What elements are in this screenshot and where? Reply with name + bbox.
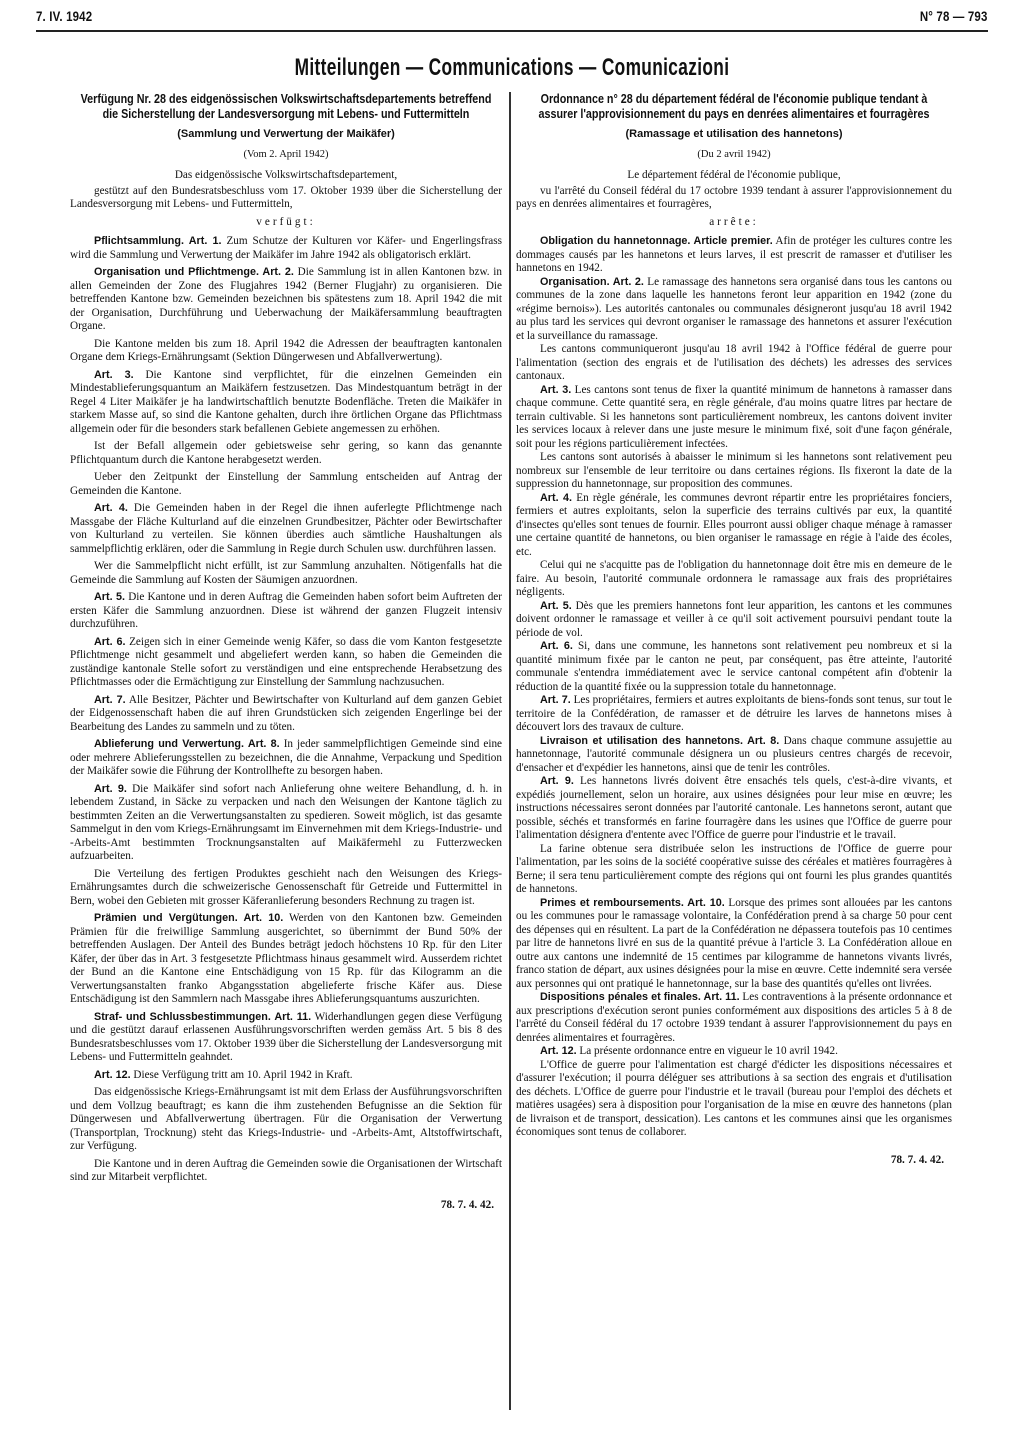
article-paragraph: Ueber den Zeitpunkt der Einstellung der … [70,471,502,498]
issue-page-number: N° 78 — 793 [920,8,988,24]
page-header: 7. IV. 1942 N° 78 — 793 [36,6,988,28]
article-text: Les cantons communiqueront jusqu'au 18 a… [516,343,952,382]
article-paragraph: Art. 4. Die Gemeinden haben in der Regel… [70,502,502,556]
article-paragraph: Die Verteilung des fertigen Produktes ge… [70,868,502,909]
article-text: Werden von den Kantonen bzw. Gemeinden P… [70,912,502,1005]
article-paragraph: Art. 6. Si, dans une commune, les hannet… [516,640,952,694]
article-paragraph: Wer die Sammelpflicht nicht erfüllt, ist… [70,560,502,587]
french-decree-word: arrête: [516,216,952,230]
article-text: Die Kantone und in deren Auftrag die Gem… [70,591,502,630]
article-heading: Dispositions pénales et finales. Art. 11… [540,991,740,1003]
article-paragraph: Pflichtsammlung. Art. 1. Zum Schutze der… [70,235,502,262]
article-text: Alle Besitzer, Pächter und Bewirtschafte… [70,694,502,733]
article-text: Celui qui ne s'acquitte pas de l'obligat… [516,559,952,598]
article-text: Lorsque des primes sont allouées par les… [516,897,952,990]
section-title: Mitteilungen — Communications — Comunica… [143,54,880,82]
column-divider [509,92,511,1410]
article-paragraph: La farine obtenue sera distribuée selon … [516,843,952,897]
german-column: Verfügung Nr. 28 des eidgenössischen Vol… [70,92,502,1212]
article-text: Les cantons sont tenus de fixer la quant… [516,384,952,450]
article-heading: Art. 12. [540,1045,577,1057]
article-paragraph: Art. 4. En règle générale, les communes … [516,492,952,560]
article-paragraph: Art. 12. La présente ordonnance entre en… [516,1045,952,1059]
article-heading: Pflichtsammlung. Art. 1. [94,235,222,247]
german-subtitle: (Sammlung und Verwertung der Maikäfer) [70,128,502,142]
french-intro-basis: vu l'arrêté du Conseil fédéral du 17 oct… [516,185,952,212]
german-intro-basis: gestützt auf den Bundesratsbeschluss vom… [70,185,502,212]
french-reference: 78. 7. 4. 42. [516,1154,952,1168]
article-heading: Art. 3. [94,369,134,381]
article-heading: Art. 6. [540,640,573,652]
article-heading: Primes et remboursements. Art. 10. [540,897,725,909]
article-text: Ist der Befall allgemein oder gebietswei… [70,440,502,466]
article-heading: Art. 3. [540,384,571,396]
article-paragraph: Ist der Befall allgemein oder gebietswei… [70,440,502,467]
article-text: Die Kantone sind verpflichtet, für die e… [70,369,502,435]
french-date: (Du 2 avril 1942) [516,148,952,162]
article-heading: Art. 9. [540,775,574,787]
article-text: Wer die Sammelpflicht nicht erfüllt, ist… [70,560,502,586]
article-heading: Art. 5. [540,600,572,612]
french-intro-authority: Le département fédéral de l'économie pub… [516,169,952,183]
article-paragraph: Ablieferung und Verwertung. Art. 8. In j… [70,738,502,779]
article-heading: Ablieferung und Verwertung. Art. 8. [94,738,280,750]
article-text: Dès que les premiers hannetons font leur… [516,600,952,639]
article-paragraph: Art. 9. Die Maikäfer sind sofort nach An… [70,783,502,864]
article-text: Diese Verfügung tritt am 10. April 1942 … [131,1069,353,1081]
article-heading: Obligation du hannetonnage. Article prem… [540,235,773,247]
german-intro-authority: Das eidgenössische Volkswirtschaftsdepar… [70,169,502,183]
article-heading: Art. 7. [540,694,571,706]
article-paragraph: Art. 6. Zeigen sich in einer Gemeinde we… [70,636,502,690]
article-paragraph: Art. 5. Dès que les premiers hannetons f… [516,600,952,641]
article-paragraph: Straf- und Schlussbestimmungen. Art. 11.… [70,1011,502,1065]
german-date: (Vom 2. April 1942) [70,148,502,162]
article-paragraph: Organisation. Art. 2. Le ramassage des h… [516,276,952,344]
french-ordinance-title: Ordonnance n° 28 du département fédéral … [521,92,948,122]
article-heading: Art. 5. [94,591,125,603]
article-paragraph: Art. 5. Die Kantone und in deren Auftrag… [70,591,502,632]
article-text: Die Kantone und in deren Auftrag die Gem… [70,1158,502,1184]
article-paragraph: Das eidgenössische Kriegs-Ernährungsamt … [70,1086,502,1154]
article-paragraph: Livraison et utilisation des hannetons. … [516,735,952,776]
article-text: Die Verteilung des fertigen Produktes ge… [70,868,502,907]
article-heading: Organisation und Pflichtmenge. Art. 2. [94,266,294,278]
article-heading: Art. 9. [94,783,127,795]
article-text: La farine obtenue sera distribuée selon … [516,843,952,896]
article-text: L'Office de guerre pour l'alimentation e… [516,1059,952,1139]
article-text: Les propriétaires, fermiers et autres ex… [516,694,952,733]
article-text: En règle générale, les communes devront … [516,492,952,558]
article-paragraph: Dispositions pénales et finales. Art. 11… [516,991,952,1045]
french-articles: Obligation du hannetonnage. Article prem… [516,235,952,1140]
article-paragraph: Les cantons sont autorisés à abaisser le… [516,451,952,492]
article-paragraph: Art. 12. Diese Verfügung tritt am 10. Ap… [70,1069,502,1083]
german-decree-word: verfügt: [70,216,502,230]
article-paragraph: Obligation du hannetonnage. Article prem… [516,235,952,276]
article-paragraph: Art. 9. Les hannetons livrés doivent êtr… [516,775,952,843]
article-text: Das eidgenössische Kriegs-Ernährungsamt … [70,1086,502,1152]
article-paragraph: Art. 3. Die Kantone sind verpflichtet, f… [70,369,502,437]
article-paragraph: Primes et remboursements. Art. 10. Lorsq… [516,897,952,992]
article-paragraph: Art. 7. Alle Besitzer, Pächter und Bewir… [70,694,502,735]
article-text: Die Kantone melden bis zum 18. April 194… [70,338,502,364]
article-text: Si, dans une commune, les hannetons sont… [516,640,952,693]
article-heading: Art. 12. [94,1069,131,1081]
french-subtitle: (Ramassage et utilisation des hannetons) [516,128,952,142]
article-text: Die Maikäfer sind sofort nach Anlieferun… [70,783,502,863]
article-paragraph: Art. 3. Les cantons sont tenus de fixer … [516,384,952,452]
article-text: Les cantons sont autorisés à abaisser le… [516,451,952,490]
article-heading: Livraison et utilisation des hannetons. … [540,735,779,747]
french-column: Ordonnance n° 28 du département fédéral … [516,92,952,1167]
article-paragraph: Art. 7. Les propriétaires, fermiers et a… [516,694,952,735]
article-text: Ueber den Zeitpunkt der Einstellung der … [70,471,502,497]
german-ordinance-title: Verfügung Nr. 28 des eidgenössischen Vol… [74,92,497,122]
article-paragraph: Prämien und Vergütungen. Art. 10. Werden… [70,912,502,1007]
article-paragraph: Die Kantone melden bis zum 18. April 194… [70,338,502,365]
article-heading: Organisation. Art. 2. [540,276,644,288]
article-text: Zeigen sich in einer Gemeinde wenig Käfe… [70,636,502,689]
article-paragraph: Die Kantone und in deren Auftrag die Gem… [70,1158,502,1185]
article-heading: Art. 7. [94,694,126,706]
article-heading: Straf- und Schlussbestimmungen. Art. 11. [94,1011,311,1023]
article-text: La présente ordonnance entre en vigueur … [577,1045,838,1057]
german-reference: 78. 7. 4. 42. [70,1199,502,1213]
article-heading: Art. 4. [540,492,572,504]
article-paragraph: Celui qui ne s'acquitte pas de l'obligat… [516,559,952,600]
header-rule [36,30,988,32]
article-text: Les hannetons livrés doivent être ensach… [516,775,952,841]
article-paragraph: Organisation und Pflichtmenge. Art. 2. D… [70,266,502,334]
issue-date: 7. IV. 1942 [36,8,92,24]
article-heading: Art. 4. [94,502,128,514]
article-paragraph: L'Office de guerre pour l'alimentation e… [516,1059,952,1140]
article-heading: Prämien und Vergütungen. Art. 10. [94,912,283,924]
article-heading: Art. 6. [94,636,125,648]
german-articles: Pflichtsammlung. Art. 1. Zum Schutze der… [70,235,502,1185]
article-text: Die Gemeinden haben in der Regel die ihn… [70,502,502,555]
article-paragraph: Les cantons communiqueront jusqu'au 18 a… [516,343,952,384]
